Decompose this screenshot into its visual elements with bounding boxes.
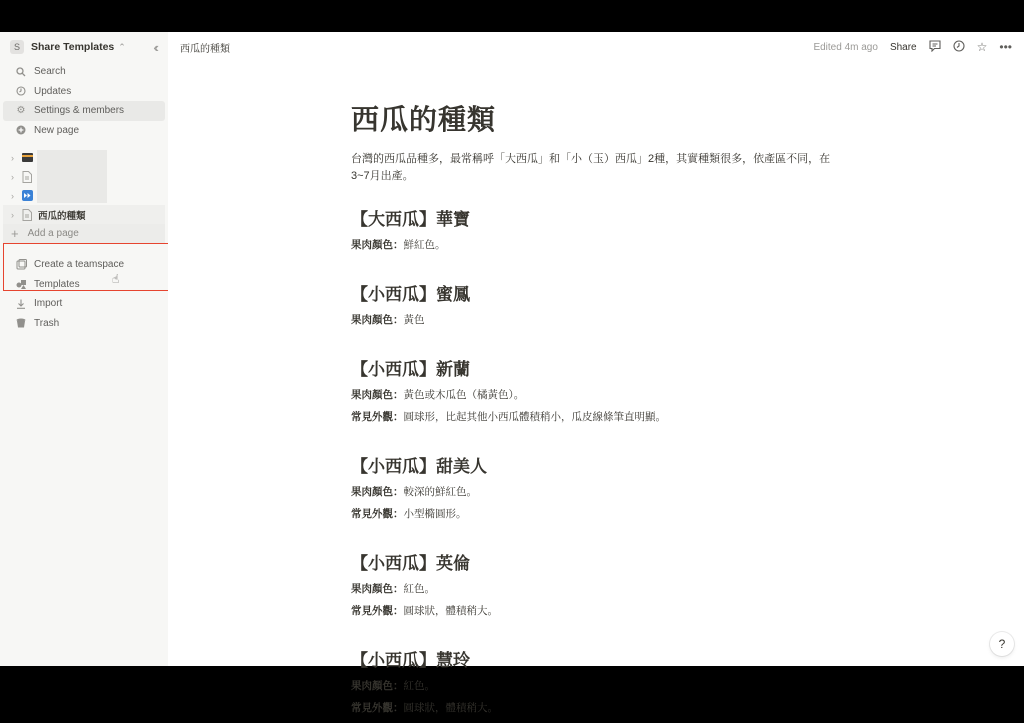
attribute-key: 果肉顏色： (351, 314, 404, 326)
sidebar-item-label: Search (34, 66, 66, 77)
attribute-value: 紅色。 (404, 583, 436, 595)
sidebar-item-new-page[interactable]: New page (3, 121, 165, 141)
attribute-key: 常見外觀： (351, 605, 404, 617)
section-block: 【小西瓜】新蘭 果肉顏色：黃色或木瓜色（橘黃色）。 常見外觀：圓球形，比起其他小… (351, 355, 851, 432)
edited-timestamp: Edited 4m ago (813, 42, 878, 53)
chevron-updown-icon: ⌃ (118, 42, 126, 53)
sidebar-item-import[interactable]: Import (3, 294, 165, 314)
attribute-key: 果肉顏色： (351, 389, 404, 401)
section-block: 【小西瓜】蜜鳳 果肉顏色：黃色 (351, 280, 851, 335)
trash-icon (15, 317, 27, 329)
attribute-line[interactable]: 常見外觀：小型橢圓形。 (351, 507, 851, 529)
attribute-line[interactable]: 果肉顏色：黃色 (351, 313, 851, 335)
page-tree: › › › › 西瓜 (0, 148, 168, 243)
page-title[interactable]: 西瓜的種類 (351, 98, 851, 138)
import-icon (15, 298, 27, 310)
collapse-sidebar-icon[interactable]: ‹‹ (153, 40, 156, 55)
attribute-value: 較深的鮮紅色。 (404, 486, 478, 498)
page-body: 西瓜的種類 台灣的西瓜品種多，最常稱呼「大西瓜」和「小（玉）西瓜」2種，其實種類… (351, 98, 851, 666)
section-heading[interactable]: 【小西瓜】甜美人 (351, 452, 851, 477)
history-clock-icon[interactable] (953, 40, 965, 55)
sidebar-item-label: Import (34, 298, 62, 309)
page-icon (21, 171, 33, 183)
attribute-value: 鮮紅色。 (404, 239, 446, 251)
intro-paragraph[interactable]: 台灣的西瓜品種多，最常稱呼「大西瓜」和「小（玉）西瓜」2種，其實種類很多，依產區… (351, 151, 841, 185)
chevron-right-icon[interactable]: › (11, 191, 21, 201)
attribute-line[interactable]: 果肉顏色：黃色或木瓜色（橘黃色）。 (351, 388, 851, 410)
section-block: 【小西瓜】英倫 果肉顏色：紅色。 常見外觀：圓球狀，體積稍大。 (351, 549, 851, 626)
workspace-badge: S (10, 40, 24, 54)
app-window: S Share Templates ⌃ ‹‹ Search Updates ⚙ … (0, 32, 1024, 666)
attribute-key: 果肉顏色： (351, 583, 404, 595)
attribute-key: 常見外觀： (351, 411, 404, 423)
attribute-line[interactable]: 常見外觀：圓球形，比起其他小西瓜體積稍小，瓜皮線條筆直明顯。 (351, 410, 851, 432)
page-tree-label: 西瓜的種類 (38, 208, 86, 222)
attribute-value: 圓球形，比起其他小西瓜體積稍小，瓜皮線條筆直明顯。 (404, 411, 667, 423)
sidebar-item-updates[interactable]: Updates (3, 82, 165, 102)
attribute-key: 果肉顏色： (351, 239, 404, 251)
page-icon (21, 209, 33, 221)
sidebar-item-label: Trash (34, 318, 59, 329)
section-heading[interactable]: 【小西瓜】英倫 (351, 549, 851, 574)
star-icon[interactable]: ☆ (977, 40, 988, 54)
section-block: 【小西瓜】慧玲 果肉顏色：紅色。 常見外觀：圓球狀，體積稍大。 (351, 646, 851, 666)
hand-cursor-icon: ☝ (112, 272, 119, 286)
chevron-right-icon[interactable]: › (11, 153, 21, 163)
section-heading[interactable]: 【小西瓜】新蘭 (351, 355, 851, 380)
add-page-label: Add a page (28, 228, 79, 239)
attribute-value: 小型橢圓形。 (404, 508, 467, 520)
card-emoji-icon (21, 152, 33, 164)
sidebar-item-trash[interactable]: Trash (3, 314, 165, 334)
redacted-page-names (37, 150, 107, 203)
attribute-line[interactable]: 果肉顏色：鮮紅色。 (351, 238, 851, 260)
sidebar: S Share Templates ⌃ ‹‹ Search Updates ⚙ … (0, 32, 168, 666)
sidebar-item-label: New page (34, 125, 79, 136)
main-content: 西瓜的種類 Edited 4m ago Share ☆ ••• 西瓜的種類 台灣… (168, 32, 1024, 666)
attribute-value: 圓球狀，體積稍大。 (404, 605, 499, 617)
breadcrumb[interactable]: 西瓜的種類 (180, 40, 230, 55)
page-header: 西瓜的種類 Edited 4m ago Share ☆ ••• (168, 32, 1024, 62)
search-icon (15, 66, 27, 78)
section-block: 【大西瓜】華寶 果肉顏色：鮮紅色。 (351, 205, 851, 260)
workspace-switcher[interactable]: S Share Templates ⌃ ‹‹ (0, 32, 168, 62)
section-heading[interactable]: 【大西瓜】華寶 (351, 205, 851, 230)
fast-forward-emoji-icon (21, 190, 33, 202)
page-tree-item-current[interactable]: › 西瓜的種類 (3, 205, 165, 224)
attribute-line[interactable]: 果肉顏色：紅色。 (351, 582, 851, 604)
help-button[interactable]: ? (990, 632, 1014, 656)
plus-circle-icon (15, 124, 27, 136)
attribute-line[interactable]: 果肉顏色：較深的鮮紅色。 (351, 485, 851, 507)
plus-icon: + (11, 226, 19, 241)
sidebar-item-label: Settings & members (34, 105, 124, 116)
share-button[interactable]: Share (890, 42, 917, 53)
sidebar-item-settings[interactable]: ⚙ Settings & members (3, 101, 165, 121)
add-page-button[interactable]: + Add a page (3, 224, 165, 243)
chevron-right-icon[interactable]: › (11, 210, 21, 220)
more-options-icon[interactable]: ••• (999, 40, 1012, 54)
section-heading[interactable]: 【小西瓜】蜜鳳 (351, 280, 851, 305)
gear-icon: ⚙ (15, 105, 27, 117)
sidebar-item-search[interactable]: Search (3, 62, 165, 82)
attribute-key: 果肉顏色： (351, 486, 404, 498)
attribute-value: 黃色 (404, 314, 425, 326)
attribute-value: 黃色或木瓜色（橘黃色）。 (404, 389, 525, 401)
header-actions: Edited 4m ago Share ☆ ••• (813, 40, 1012, 55)
section-heading[interactable]: 【小西瓜】慧玲 (351, 646, 851, 666)
clock-icon (15, 85, 27, 97)
section-block: 【小西瓜】甜美人 果肉顏色：較深的鮮紅色。 常見外觀：小型橢圓形。 (351, 452, 851, 529)
annotation-highlight-box (3, 243, 174, 291)
workspace-name: Share Templates (31, 41, 114, 53)
attribute-key: 常見外觀： (351, 508, 404, 520)
chevron-right-icon[interactable]: › (11, 172, 21, 182)
attribute-line[interactable]: 常見外觀：圓球狀，體積稍大。 (351, 604, 851, 626)
comment-icon[interactable] (929, 40, 941, 55)
top-black-bar (0, 0, 1024, 32)
sidebar-item-label: Updates (34, 86, 71, 97)
